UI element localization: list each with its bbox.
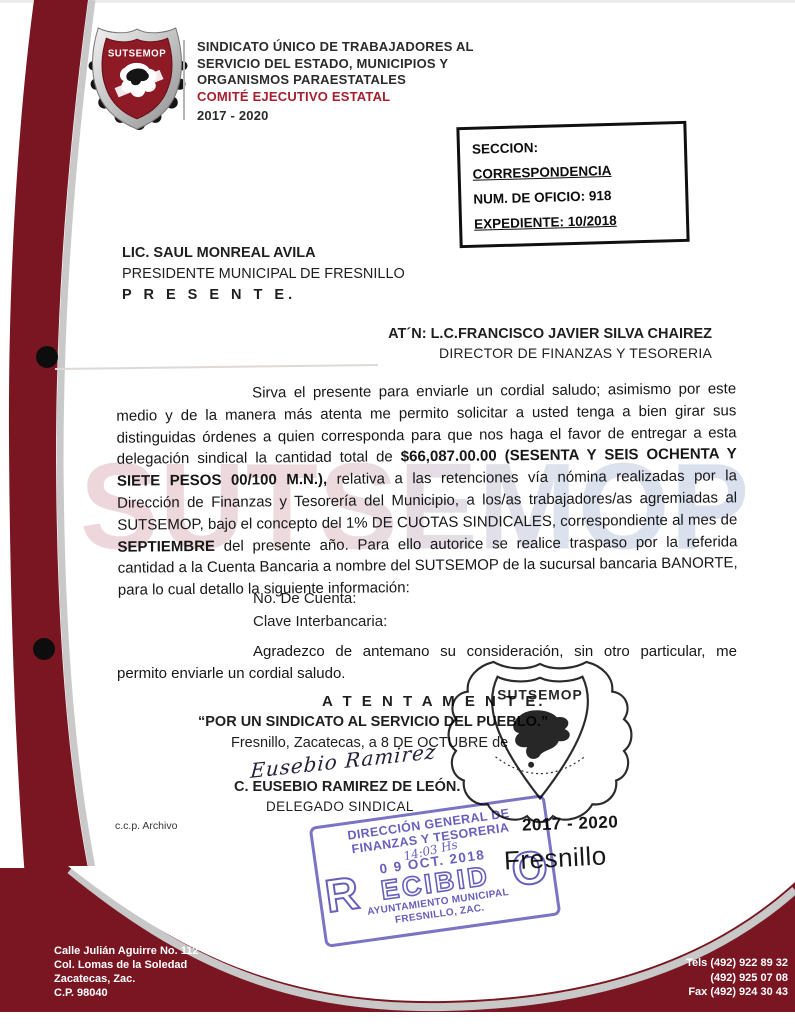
crest-logo-text: SUTSEMOP bbox=[108, 49, 166, 60]
footer-address-line3: Zacatecas, Zac. bbox=[54, 972, 198, 986]
hole-punch-top bbox=[36, 346, 58, 368]
header-period: 2017 - 2020 bbox=[197, 108, 474, 125]
footer-address: Calle Julián Aguirre No. 112 Col. Lomas … bbox=[54, 944, 198, 1000]
addressee-present: P R E S E N T E. bbox=[122, 285, 405, 306]
stamp-motto-arc bbox=[496, 757, 585, 774]
seccion-label: SECCION: bbox=[472, 140, 538, 157]
expediente-line: EXPEDIENTE: 10/2018 bbox=[474, 206, 677, 237]
org-name-line2: SERVICIO DEL ESTADO, MUNICIPIOS Y bbox=[197, 56, 474, 73]
scanned-letter: SUTSEMOP SUTSEMOP SINDICATO ÚNICO DE TRA… bbox=[0, 0, 795, 1024]
committee-line: COMITÉ EJECUTIVO ESTATAL bbox=[197, 89, 474, 106]
addressee-block: LIC. SAUL MONREAL AVILA PRESIDENTE MUNIC… bbox=[122, 243, 405, 306]
header-divider bbox=[183, 40, 185, 120]
hole-punch-bottom bbox=[33, 638, 55, 660]
body-paragraph-1: Sirva el presente para enviarle un cordi… bbox=[116, 378, 738, 601]
body-paragraph-2: Agradezco de antemano su consideración, … bbox=[117, 641, 737, 685]
account-number-label: No. De Cuenta: bbox=[253, 587, 387, 610]
footer-address-line2: Col. Lomas de la Soledad bbox=[54, 958, 198, 972]
footer-phone-line1: Tels (492) 922 89 32 bbox=[588, 956, 788, 971]
reference-box: SECCION: CORRESPONDENCIA NUM. DE OFICIO:… bbox=[456, 121, 689, 248]
scan-edge-top bbox=[0, 0, 795, 3]
clabe-label: Clave Interbancaria: bbox=[253, 610, 387, 633]
received-big-r: R bbox=[323, 872, 362, 918]
received-big-o: O bbox=[509, 845, 550, 891]
signer-title: DELEGADO SINDICAL bbox=[266, 799, 414, 814]
stamp-shield-text: SUTSEMOP bbox=[497, 687, 583, 703]
footer-address-line1: Calle Julián Aguirre No. 112 bbox=[54, 944, 198, 958]
attention-block: AT´N: L.C.FRANCISCO JAVIER SILVA CHAIREZ… bbox=[320, 326, 712, 361]
stamp-map-dot bbox=[528, 762, 534, 768]
bold-text-segment: SEPTIEMBRE bbox=[117, 537, 215, 555]
footer-address-line4: C.P. 98040 bbox=[54, 986, 198, 1000]
sutsemop-crest-logo: SUTSEMOP bbox=[86, 24, 188, 134]
fold-line bbox=[55, 365, 378, 369]
footer-phone-line2: (492) 925 07 08 bbox=[588, 971, 788, 986]
footer-fax-line: Fax (492) 924 30 43 bbox=[588, 985, 788, 1000]
org-name-line3: ORGANISMOS PARAESTATALES bbox=[197, 72, 474, 89]
seccion-line: SECCION: CORRESPONDENCIA bbox=[472, 131, 675, 187]
footer-phones: Tels (492) 922 89 32 (492) 925 07 08 Fax… bbox=[588, 956, 788, 1000]
stamp-map-blob bbox=[513, 710, 569, 759]
attention-line2: DIRECTOR DE FINANZAS Y TESORERIA bbox=[320, 345, 712, 361]
header-text-block: SINDICATO ÚNICO DE TRABAJADORES AL SERVI… bbox=[197, 39, 474, 125]
org-name-line1: SINDICATO ÚNICO DE TRABAJADORES AL bbox=[197, 39, 474, 56]
account-block: No. De Cuenta: Clave Interbancaria: bbox=[253, 587, 387, 633]
signer-name: C. EUSEBIO RAMIREZ DE LEÓN. bbox=[234, 779, 460, 795]
addressee-title: PRESIDENTE MUNICIPAL DE FRESNILLO bbox=[122, 264, 405, 285]
addressee-name: LIC. SAUL MONREAL AVILA bbox=[122, 243, 405, 264]
seccion-value: CORRESPONDENCIA bbox=[472, 163, 611, 182]
attention-line1: AT´N: L.C.FRANCISCO JAVIER SILVA CHAIREZ bbox=[320, 326, 712, 342]
ccp-line: c.c.p. Archivo bbox=[115, 820, 177, 832]
